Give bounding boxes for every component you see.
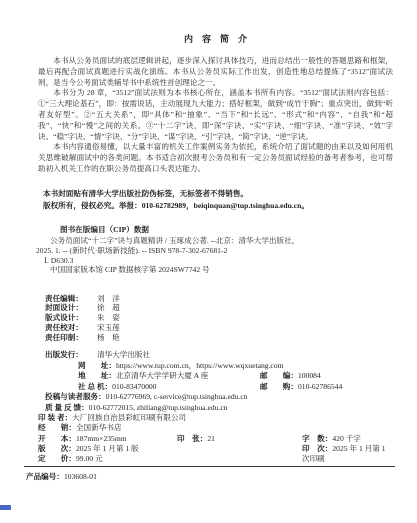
mail-order-label: 邮 购： [260,382,298,391]
printing-section: 印 装 者：大厂回族自治县彩虹印刷有限公司 经 销：全国新华书店 开 本：187… [38,413,395,464]
sheets-cell: 印 张：21 [177,434,215,444]
staff-credits-section: 责任编辑：刘 洋 封面设计：徐 超 版式设计：朱 姿 责任校对：宋玉莲 责任印制… [45,294,395,343]
printer-value: 大厂回族自治县彩虹印刷有限公司 [72,413,186,422]
format-row: 开 本：187mm×235mm 印 张：21 字 数：420 千字 [38,434,395,444]
cip-data-section: 图书在版编目（CIP）数据 公务员面试“十二字”诀与真题精讲 / 玉琢成公著. … [24,225,395,275]
publisher-name: 清华大学出版社 [97,350,150,359]
credit-row-cover-design: 封面设计：徐 超 [45,303,395,313]
credit-name: 徐 超 [97,303,120,312]
credit-name: 朱 姿 [97,313,120,322]
switchboard-value: 010-83470000 [112,382,156,391]
address-row: 地 址：北京清华大学学研大厦 A 座 邮 编：100084 [45,371,395,382]
credit-label: 版式设计： [45,313,83,322]
content-introduction-section: 内 容 简 介 本书从公务员面试的底层逻辑讲起，逐步深入探讨具体技巧，进而总结出… [38,33,393,175]
word-count-label: 字 数： [302,434,332,443]
distributor-value: 全国新华书店 [76,423,122,432]
legal-notices: 本书封面贴有清华大学出版社防伪标签，无标签者不得销售。 版权所有，侵权必究。举报… [43,188,395,212]
zip-label: 邮 编： [260,371,298,380]
intro-paragraph-3: 本书内容通俗易懂，以大量丰富的机关工作案例实务为依托，系统介绍了面试题的由来以及… [38,142,393,174]
mail-order-cell: 邮 购：010-62786544 [260,382,342,393]
publisher-label: 出版发行： [45,350,83,359]
cip-header: 图书在版编目（CIP）数据 [60,225,395,235]
cip-line-classification: Ⅰ. D630.3 [44,256,395,266]
edition-row: 版 次：2025 年 1 月第 1 版 印 次：2025 年 1 月第 1 次印… [38,444,395,454]
copyright-page: 内 容 简 介 本书从公务员面试的底层逻辑讲起，逐步深入探讨具体技巧，进而总结出… [0,0,417,523]
sheets-label: 印 张： [177,434,207,443]
printer-label: 印 装 者： [38,413,72,422]
address-label: 地 址： [78,371,116,380]
credit-label: 责任校对： [45,323,83,332]
reader-service-row: 投稿与读者服务：010-62776969, c-service@tup.tsin… [45,392,395,403]
reader-service-label: 投稿与读者服务： [45,392,106,401]
distributor-row: 经 销：全国新华书店 [38,423,395,433]
website-row: 网 址：https://www.tup.com.cn，https://www.w… [45,361,395,372]
credit-name: 宋玉莲 [97,323,120,332]
quality-feedback-label: 质 量 反 馈： [45,403,89,412]
distributor-label: 经 销： [38,423,76,432]
product-number-row: 产品编号：103608-01 [26,471,395,482]
intro-paragraph-2: 本书分为 28 章，“3512”面试法则为本书核心所在，涵盖本书所有内容。“35… [38,88,393,142]
format-label: 开 本： [38,434,76,443]
intro-paragraph-1: 本书从公务员面试的底层逻辑讲起，逐步深入探讨具体技巧，进而总结出一般性的答题思路… [38,56,393,88]
cip-line-title-author: 公务员面试“十二字”诀与真题精讲 / 玉琢成公著. --北京：清华大学出版社， [50,236,395,246]
switchboard-row: 社 总 机：010-83470000 邮 购：010-62786544 [45,382,395,393]
credit-label: 责任印制： [45,333,83,342]
credit-row-editor: 责任编辑：刘 洋 [45,294,395,304]
scan-artifact-mark [0,505,11,510]
zip-value: 100084 [298,371,321,380]
website-label: 网 址： [78,361,116,370]
copyright-notice: 版权所有，侵权必究。举报：010-62782989，beiqinquan@tup… [43,200,395,212]
anti-counterfeit-notice: 本书封面贴有清华大学出版社防伪标签，无标签者不得销售。 [43,188,395,200]
edition-label: 版 次： [38,444,76,453]
website-value: https://www.tup.com.cn，https://www.wqxue… [116,361,284,370]
credit-row-proofreader: 责任校对：宋玉莲 [45,323,395,333]
zip-cell: 邮 编：100084 [260,371,321,382]
quality-feedback-value: 010-62772015, zhiliang@tup.tsinghua.edu.… [89,403,228,412]
price-label: 定 价： [38,454,76,463]
product-number-value: 103608-01 [64,472,97,481]
reader-service-value: 010-62776969, c-service@tup.tsinghua.edu… [106,392,248,401]
mail-order-value: 010-62786544 [298,382,342,391]
credit-name: 刘 洋 [97,294,120,303]
credit-row-layout-design: 版式设计：朱 姿 [45,313,395,323]
publisher-row: 出版发行：清华大学出版社 [45,350,395,361]
credit-name: 杨 艳 [97,333,120,342]
format-value: 187mm×235mm [76,434,127,443]
sheets-value: 21 [207,434,215,443]
publisher-section: 出版发行：清华大学出版社 网 址：https://www.tup.com.cn，… [45,350,395,413]
credit-row-print-supervisor: 责任印制：杨 艳 [45,333,395,343]
quality-feedback-row: 质 量 反 馈：010-62772015, zhiliang@tup.tsing… [45,403,395,414]
price-row: 定 价：99.00 元 [38,454,395,464]
credit-label: 责任编辑： [45,294,83,303]
price-value: 99.00 元 [76,454,103,463]
switchboard-label: 社 总 机： [78,382,112,391]
product-number-label: 产品编号： [26,472,64,481]
cip-line-record-number: 中国国家版本馆 CIP 数据核字第 2024SW7742 号 [50,265,395,275]
address-value: 北京清华大学学研大厦 A 座 [116,371,208,380]
intro-title: 内 容 简 介 [38,33,393,45]
credit-label: 封面设计： [45,303,83,312]
impression-label: 印 次： [302,444,332,453]
word-count-value: 420 千字 [332,434,360,443]
printer-row: 印 装 者：大厂回族自治县彩虹印刷有限公司 [38,413,395,423]
cip-line-isbn: 2025. 1. -- (新时代·职场新技能). -- ISBN 978-7-3… [36,246,395,256]
word-count-cell: 字 数：420 千字 [302,434,361,444]
divider-rule [24,466,395,467]
edition-value: 2025 年 1 月第 1 版 [76,444,139,453]
